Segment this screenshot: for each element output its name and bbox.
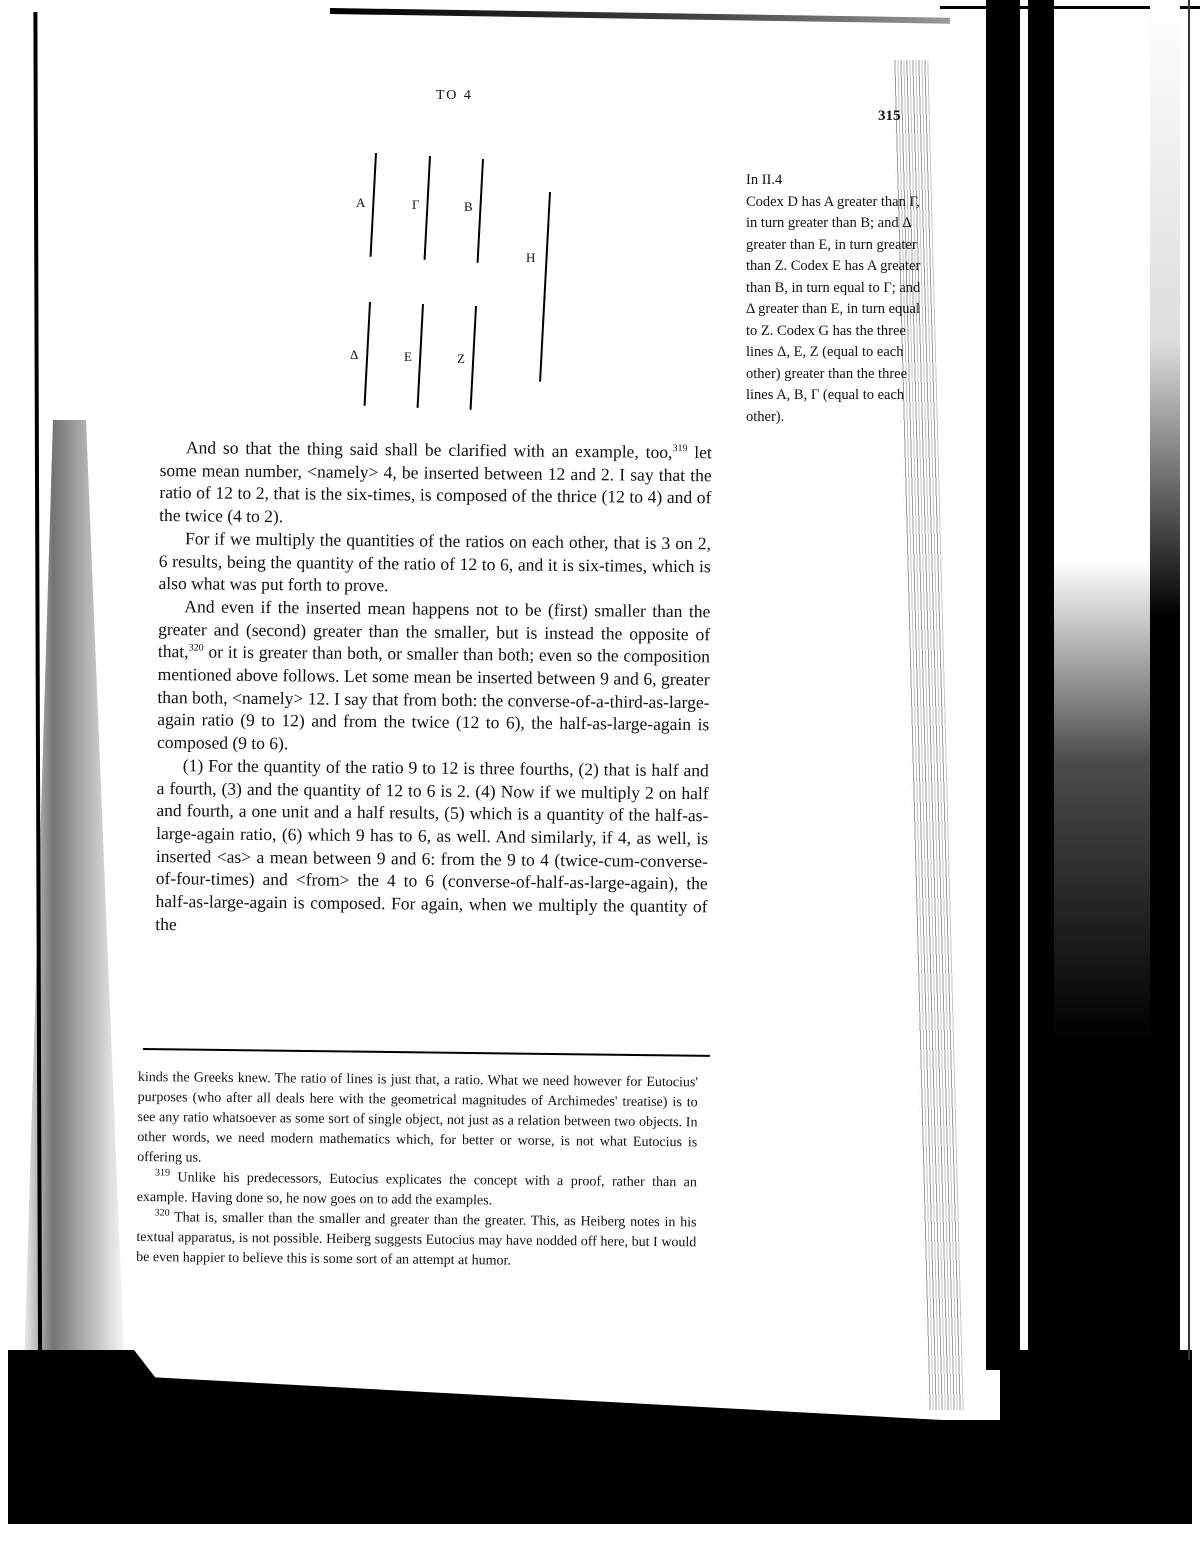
label-h: H xyxy=(526,250,535,266)
line-gamma xyxy=(424,156,431,260)
label-e: E xyxy=(404,349,412,365)
paragraph: (1) For the quantity of the ratio 9 to 1… xyxy=(155,754,709,941)
line-h xyxy=(539,192,551,382)
line-e xyxy=(417,304,424,408)
body-text: And so that the thing said shall be clar… xyxy=(155,436,712,941)
footnote-continuation: kinds the Greeks knew. The ratio of line… xyxy=(137,1068,698,1173)
label-z: Z xyxy=(457,351,465,367)
margin-note-text: Codex D has A greater than Γ, in turn gr… xyxy=(746,194,920,425)
label-a: A xyxy=(356,195,365,211)
paragraph: For if we multiply the quantities of the… xyxy=(158,527,711,600)
footnote-320: 320 That is, smaller than the smaller an… xyxy=(136,1208,697,1273)
line-diagram: A Γ B H Δ E Z xyxy=(340,150,570,410)
line-a xyxy=(370,153,377,257)
label-b: B xyxy=(464,199,473,215)
scan-dark-band xyxy=(986,0,1020,1370)
line-delta xyxy=(364,302,371,406)
running-head: TO 4 xyxy=(436,88,473,104)
paragraph: And so that the thing said shall be clar… xyxy=(159,436,712,532)
margin-note-title: In II.4 xyxy=(746,170,921,192)
line-b xyxy=(477,159,484,263)
footnote-number: 319 xyxy=(155,1168,170,1179)
footnote-ref-320[interactable]: 320 xyxy=(189,643,204,654)
scan-right-band xyxy=(1150,0,1180,1370)
label-delta: Δ xyxy=(350,347,358,363)
label-gamma: Γ xyxy=(412,197,420,213)
page-number: 315 xyxy=(878,108,901,125)
footnote-number: 320 xyxy=(155,1208,170,1219)
paragraph: And even if the inserted mean happens no… xyxy=(157,595,711,759)
scan-right-edge-line xyxy=(1188,0,1190,1360)
footnote-ref-319[interactable]: 319 xyxy=(672,443,687,454)
line-z xyxy=(470,306,477,410)
footnotes: kinds the Greeks knew. The ratio of line… xyxy=(136,1068,698,1273)
margin-note: In II.4 Codex D has A greater than Γ, in… xyxy=(746,170,921,428)
footnote-319: 319 Unlike his predecessors, Eutocius ex… xyxy=(137,1168,697,1213)
